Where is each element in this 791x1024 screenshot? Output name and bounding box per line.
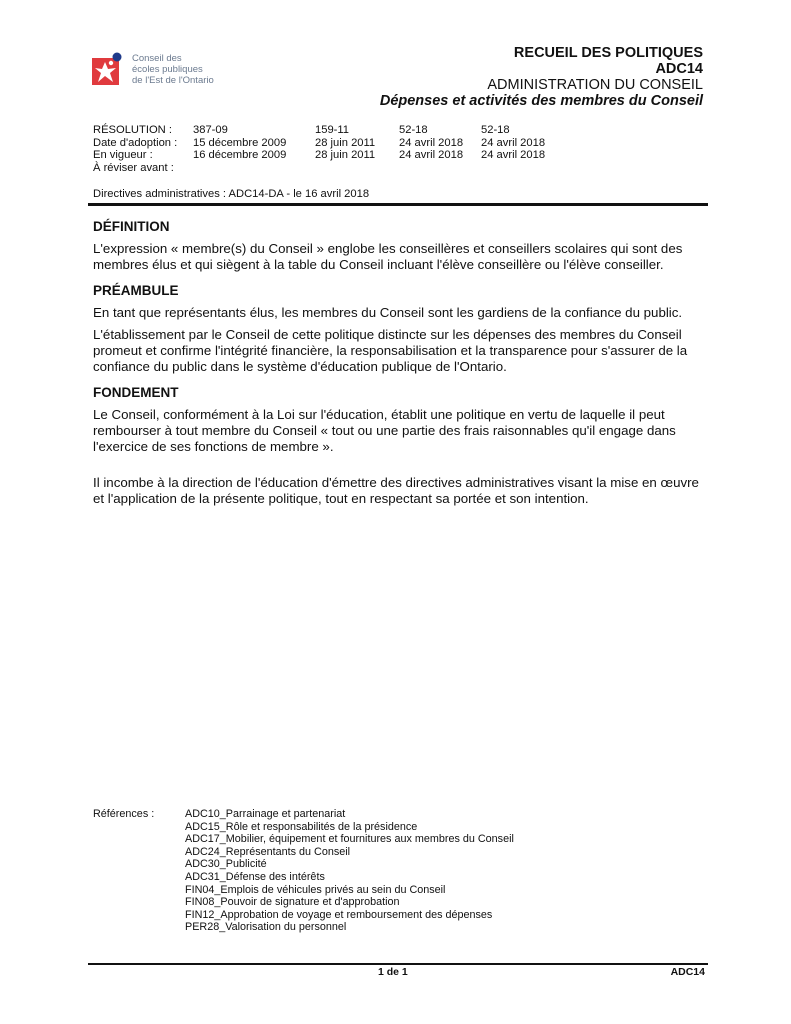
meta-label: RÉSOLUTION : bbox=[93, 124, 193, 137]
reference-item: FIN04_Emplois de véhicules privés au sei… bbox=[185, 884, 514, 897]
references-label: Références : bbox=[93, 808, 185, 934]
reference-item: PER28_Valorisation du personnel bbox=[185, 921, 514, 934]
administrative-directives: Directives administratives : ADC14-DA - … bbox=[93, 188, 369, 200]
footer-divider bbox=[88, 963, 708, 965]
policy-body: DÉFINITION L'expression « membre(s) du C… bbox=[93, 219, 713, 517]
logo-text: Conseil des écoles publiques de l'Est de… bbox=[132, 53, 214, 86]
section-heading: PRÉAMBULE bbox=[93, 283, 713, 299]
meta-value: 387-09 bbox=[193, 124, 315, 137]
reference-item: ADC31_Défense des intérêts bbox=[185, 871, 514, 884]
section-heading: DÉFINITION bbox=[93, 219, 713, 235]
meta-value: 28 juin 2011 bbox=[315, 149, 399, 162]
reference-item: ADC15_Rôle et responsabilités de la prés… bbox=[185, 821, 514, 834]
meta-label: En vigueur : bbox=[93, 149, 193, 162]
policy-title: Dépenses et activités des membres du Con… bbox=[380, 93, 703, 109]
policy-code: ADC14 bbox=[380, 61, 703, 77]
policy-section: ADMINISTRATION DU CONSEIL bbox=[380, 77, 703, 93]
references-list: ADC10_Parrainage et partenariat ADC15_Rô… bbox=[185, 808, 514, 934]
meta-value: 28 juin 2011 bbox=[315, 137, 399, 150]
section-heading: FONDEMENT bbox=[93, 385, 713, 401]
meta-label: Date d'adoption : bbox=[93, 137, 193, 150]
logo-line-3: de l'Est de l'Ontario bbox=[132, 75, 214, 86]
resolution-table: RÉSOLUTION : 387-09 159-11 52-18 52-18 D… bbox=[93, 124, 571, 174]
paragraph: En tant que représentants élus, les memb… bbox=[93, 305, 713, 321]
reference-item: ADC10_Parrainage et partenariat bbox=[185, 808, 514, 821]
meta-value: 52-18 bbox=[481, 124, 571, 137]
reference-item: FIN08_Pouvoir de signature et d'approbat… bbox=[185, 896, 514, 909]
page-number: 1 de 1 bbox=[378, 966, 408, 978]
meta-row-adoption: Date d'adoption : 15 décembre 2009 28 ju… bbox=[93, 137, 571, 150]
meta-value: 24 avril 2018 bbox=[481, 137, 571, 150]
meta-row-review: À réviser avant : bbox=[93, 162, 571, 175]
organization-logo: Conseil des écoles publiques de l'Est de… bbox=[92, 44, 292, 94]
reference-item: ADC24_Représentants du Conseil bbox=[185, 846, 514, 859]
meta-value: 15 décembre 2009 bbox=[193, 137, 315, 150]
meta-label: À réviser avant : bbox=[93, 162, 193, 175]
meta-value: 159-11 bbox=[315, 124, 399, 137]
reference-item: ADC17_Mobilier, équipement et fourniture… bbox=[185, 833, 514, 846]
header-divider bbox=[88, 203, 708, 206]
logo-line-1: Conseil des bbox=[132, 53, 214, 64]
paragraph: L'établissement par le Conseil de cette … bbox=[93, 327, 713, 375]
logo-line-2: écoles publiques bbox=[132, 64, 214, 75]
meta-value: 24 avril 2018 bbox=[399, 137, 481, 150]
meta-value: 16 décembre 2009 bbox=[193, 149, 315, 162]
meta-value: 52-18 bbox=[399, 124, 481, 137]
section-preamble: PRÉAMBULE En tant que représentants élus… bbox=[93, 283, 713, 375]
reference-item: ADC30_Publicité bbox=[185, 858, 514, 871]
footer-policy-code: ADC14 bbox=[671, 966, 705, 978]
section-definition: DÉFINITION L'expression « membre(s) du C… bbox=[93, 219, 713, 273]
meta-value: 24 avril 2018 bbox=[399, 149, 481, 162]
section-foundation: FONDEMENT Le Conseil, conformément à la … bbox=[93, 385, 713, 507]
meta-row-effective: En vigueur : 16 décembre 2009 28 juin 20… bbox=[93, 149, 571, 162]
logo-star-figure-icon bbox=[92, 52, 125, 86]
meta-value: 24 avril 2018 bbox=[481, 149, 571, 162]
reference-item: FIN12_Approbation de voyage et rembourse… bbox=[185, 909, 514, 922]
paragraph: Il incombe à la direction de l'éducation… bbox=[93, 475, 713, 507]
paragraph: L'expression « membre(s) du Conseil » en… bbox=[93, 241, 713, 273]
document-header: RECUEIL DES POLITIQUES ADC14 ADMINISTRAT… bbox=[380, 45, 703, 109]
references: Références : ADC10_Parrainage et partena… bbox=[93, 808, 514, 934]
meta-row-resolution: RÉSOLUTION : 387-09 159-11 52-18 52-18 bbox=[93, 124, 571, 137]
paragraph: Le Conseil, conformément à la Loi sur l'… bbox=[93, 407, 713, 455]
collection-title: RECUEIL DES POLITIQUES bbox=[380, 45, 703, 61]
